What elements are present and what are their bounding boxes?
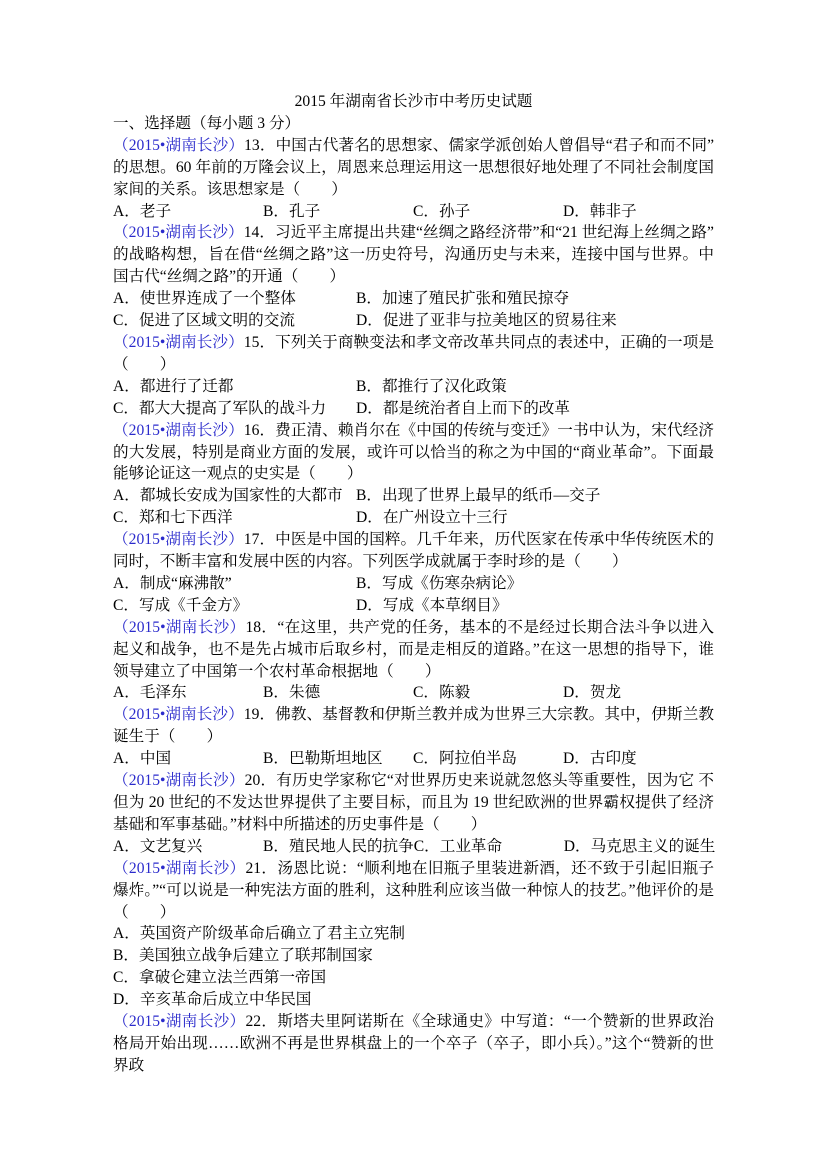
question-stem: （2015•湖南长沙）14．习近平主席提出共建“丝绸之路经济带”和“21 世纪海… xyxy=(113,222,714,288)
document-page: 2015 年湖南省长沙市中考历史试题 一、选择题（每小题 3 分） （2015•… xyxy=(0,0,827,1169)
option-b: B．巴勒斯坦地区 xyxy=(263,748,413,770)
options-row: A．老子B．孔子C．孙子D．韩非子 xyxy=(113,201,714,223)
option-d: D．促进了亚非与拉美地区的贸易往来 xyxy=(356,310,617,332)
question-block: （2015•湖南长沙）18．“在这里，共产党的任务，基本的不是经过长期合法斗争以… xyxy=(113,617,714,705)
question-source-tag: （2015•湖南长沙） xyxy=(113,1013,245,1030)
section-header: 一、选择题（每小题 3 分） xyxy=(113,113,714,135)
option-c: C．工业革命 xyxy=(414,836,564,858)
options-row: C．促进了区域文明的交流D．促进了亚非与拉美地区的贸易往来 xyxy=(113,310,714,332)
question-number: 14． xyxy=(244,224,275,241)
question-source-tag: （2015•湖南长沙） xyxy=(113,224,244,241)
option-a: A．制成“麻沸散” xyxy=(113,573,356,595)
question-number: 15． xyxy=(244,334,275,351)
question-source-tag: （2015•湖南长沙） xyxy=(113,334,244,351)
options-row: C．都大大提高了军队的战斗力D．都是统治者自上而下的改革 xyxy=(113,398,714,420)
options-row: A．都城长安成为国家性的大都市B．出现了世界上最早的纸币—交子 xyxy=(113,485,714,507)
option-c: C．促进了区域文明的交流 xyxy=(113,310,356,332)
document-content: 2015 年湖南省长沙市中考历史试题 一、选择题（每小题 3 分） （2015•… xyxy=(113,91,714,1077)
option-b: B．写成《伤寒杂病论》 xyxy=(356,573,522,595)
question-number: 19． xyxy=(244,706,275,723)
option-c: C．郑和七下西洋 xyxy=(113,507,356,529)
option-b: B．孔子 xyxy=(263,201,413,223)
options-row: C．写成《千金方》D．写成《本草纲目》 xyxy=(113,595,714,617)
question-block: （2015•湖南长沙）21．汤恩比说：“顺利地在旧瓶子里装进新酒，还不致于引起旧… xyxy=(113,858,714,1011)
option-c: C．陈毅 xyxy=(413,682,563,704)
options-row: A．使世界连成了一个整体B．加速了殖民扩张和殖民掠夺 xyxy=(113,288,714,310)
options-row: A．制成“麻沸散”B．写成《伤寒杂病论》 xyxy=(113,573,714,595)
option-b: B．朱德 xyxy=(263,682,413,704)
question-source-tag: （2015•湖南长沙） xyxy=(113,422,244,439)
question-stem: （2015•湖南长沙）13．中国古代著名的思想家、儒家学派创始人曾倡导“君子和而… xyxy=(113,135,714,201)
question-block: （2015•湖南长沙）15．下列关于商鞅变法和孝文帝改革共同点的表述中，正确的一… xyxy=(113,332,714,420)
option-a: A．都进行了迁都 xyxy=(113,376,356,398)
option-d: D．韩非子 xyxy=(563,201,713,223)
question-source-tag: （2015•湖南长沙） xyxy=(113,619,245,636)
option-b: B．都推行了汉化政策 xyxy=(356,376,507,398)
option-b: B．美国独立战争后建立了联邦制国家 xyxy=(113,945,714,967)
options-row: A．都进行了迁都B．都推行了汉化政策 xyxy=(113,376,714,398)
option-d: D．古印度 xyxy=(563,748,713,770)
question-block: （2015•湖南长沙）22．斯塔夫里阿诺斯在《全球通史》中写道：“一个赞新的世界… xyxy=(113,1011,714,1077)
question-list: （2015•湖南长沙）13．中国古代著名的思想家、儒家学派创始人曾倡导“君子和而… xyxy=(113,135,714,1077)
question-source-tag: （2015•湖南长沙） xyxy=(113,860,245,877)
question-block: （2015•湖南长沙）20．有历史学家称它“对世界历史来说就忽悠头等重要性，因为… xyxy=(113,770,714,858)
question-block: （2015•湖南长沙）17．中医是中国的国粹。几千年来，历代医家在传承中华传统医… xyxy=(113,529,714,617)
option-b: B．殖民地人民的抗争 xyxy=(263,836,414,858)
option-d: D．贺龙 xyxy=(563,682,713,704)
question-stem: （2015•湖南长沙）18．“在这里，共产党的任务，基本的不是经过长期合法斗争以… xyxy=(113,617,714,683)
question-block: （2015•湖南长沙）19．佛教、基督教和伊斯兰教并成为世界三大宗教。其中，伊斯… xyxy=(113,704,714,770)
option-a: A．文艺复兴 xyxy=(113,836,263,858)
option-d: D．都是统治者自上而下的改革 xyxy=(356,398,570,420)
question-source-tag: （2015•湖南长沙） xyxy=(113,772,245,789)
options-row: A．文艺复兴B．殖民地人民的抗争C．工业革命D．马克思主义的诞生 xyxy=(113,836,714,858)
option-c: C．写成《千金方》 xyxy=(113,595,356,617)
question-source-tag: （2015•湖南长沙） xyxy=(113,706,244,723)
option-c: C．都大大提高了军队的战斗力 xyxy=(113,398,356,420)
question-number: 13． xyxy=(244,137,275,154)
options-row: A．中国B．巴勒斯坦地区C．阿拉伯半岛D．古印度 xyxy=(113,748,714,770)
option-a: A．都城长安成为国家性的大都市 xyxy=(113,485,356,507)
question-number: 20． xyxy=(245,772,277,789)
option-a: A．老子 xyxy=(113,201,263,223)
question-source-tag: （2015•湖南长沙） xyxy=(113,531,244,548)
option-a: A．使世界连成了一个整体 xyxy=(113,288,356,310)
question-number: 16． xyxy=(244,422,275,439)
option-c: C．阿拉伯半岛 xyxy=(413,748,563,770)
option-d: D．辛亥革命后成立中华民国 xyxy=(113,989,714,1011)
question-stem: （2015•湖南长沙）19．佛教、基督教和伊斯兰教并成为世界三大宗教。其中，伊斯… xyxy=(113,704,714,748)
question-number: 21． xyxy=(245,860,277,877)
option-d: D．写成《本草纲目》 xyxy=(356,595,508,617)
question-source-tag: （2015•湖南长沙） xyxy=(113,137,244,154)
question-number: 18． xyxy=(245,619,277,636)
options-row: A．毛泽东B．朱德C．陈毅D．贺龙 xyxy=(113,682,714,704)
question-stem: （2015•湖南长沙）15．下列关于商鞅变法和孝文帝改革共同点的表述中，正确的一… xyxy=(113,332,714,376)
question-number: 22． xyxy=(245,1013,277,1030)
page-title: 2015 年湖南省长沙市中考历史试题 xyxy=(113,91,714,113)
question-stem: （2015•湖南长沙）16．费正清、赖肖尔在《中国的传统与变迁》一书中认为，宋代… xyxy=(113,420,714,486)
option-c: C．孙子 xyxy=(413,201,563,223)
question-number: 17． xyxy=(244,531,275,548)
option-b: B．加速了殖民扩张和殖民掠夺 xyxy=(356,288,569,310)
question-stem: （2015•湖南长沙）21．汤恩比说：“顺利地在旧瓶子里装进新酒，还不致于引起旧… xyxy=(113,858,714,924)
option-a: A．毛泽东 xyxy=(113,682,263,704)
question-stem: （2015•湖南长沙）22．斯塔夫里阿诺斯在《全球通史》中写道：“一个赞新的世界… xyxy=(113,1011,714,1077)
question-block: （2015•湖南长沙）16．费正清、赖肖尔在《中国的传统与变迁》一书中认为，宋代… xyxy=(113,420,714,530)
option-a: A．英国资产阶级革命后确立了君主立宪制 xyxy=(113,923,714,945)
question-stem: （2015•湖南长沙）20．有历史学家称它“对世界历史来说就忽悠头等重要性，因为… xyxy=(113,770,714,836)
option-b: B．出现了世界上最早的纸币—交子 xyxy=(356,485,600,507)
question-stem: （2015•湖南长沙）17．中医是中国的国粹。几千年来，历代医家在传承中华传统医… xyxy=(113,529,714,573)
options-row: C．郑和七下西洋D．在广州设立十三行 xyxy=(113,507,714,529)
option-a: A．中国 xyxy=(113,748,263,770)
question-block: （2015•湖南长沙）13．中国古代著名的思想家、儒家学派创始人曾倡导“君子和而… xyxy=(113,135,714,223)
option-c: C．拿破仑建立法兰西第一帝国 xyxy=(113,967,714,989)
option-d: D．在广州设立十三行 xyxy=(356,507,508,529)
question-block: （2015•湖南长沙）14．习近平主席提出共建“丝绸之路经济带”和“21 世纪海… xyxy=(113,222,714,332)
option-d: D．马克思主义的诞生 xyxy=(564,836,716,858)
